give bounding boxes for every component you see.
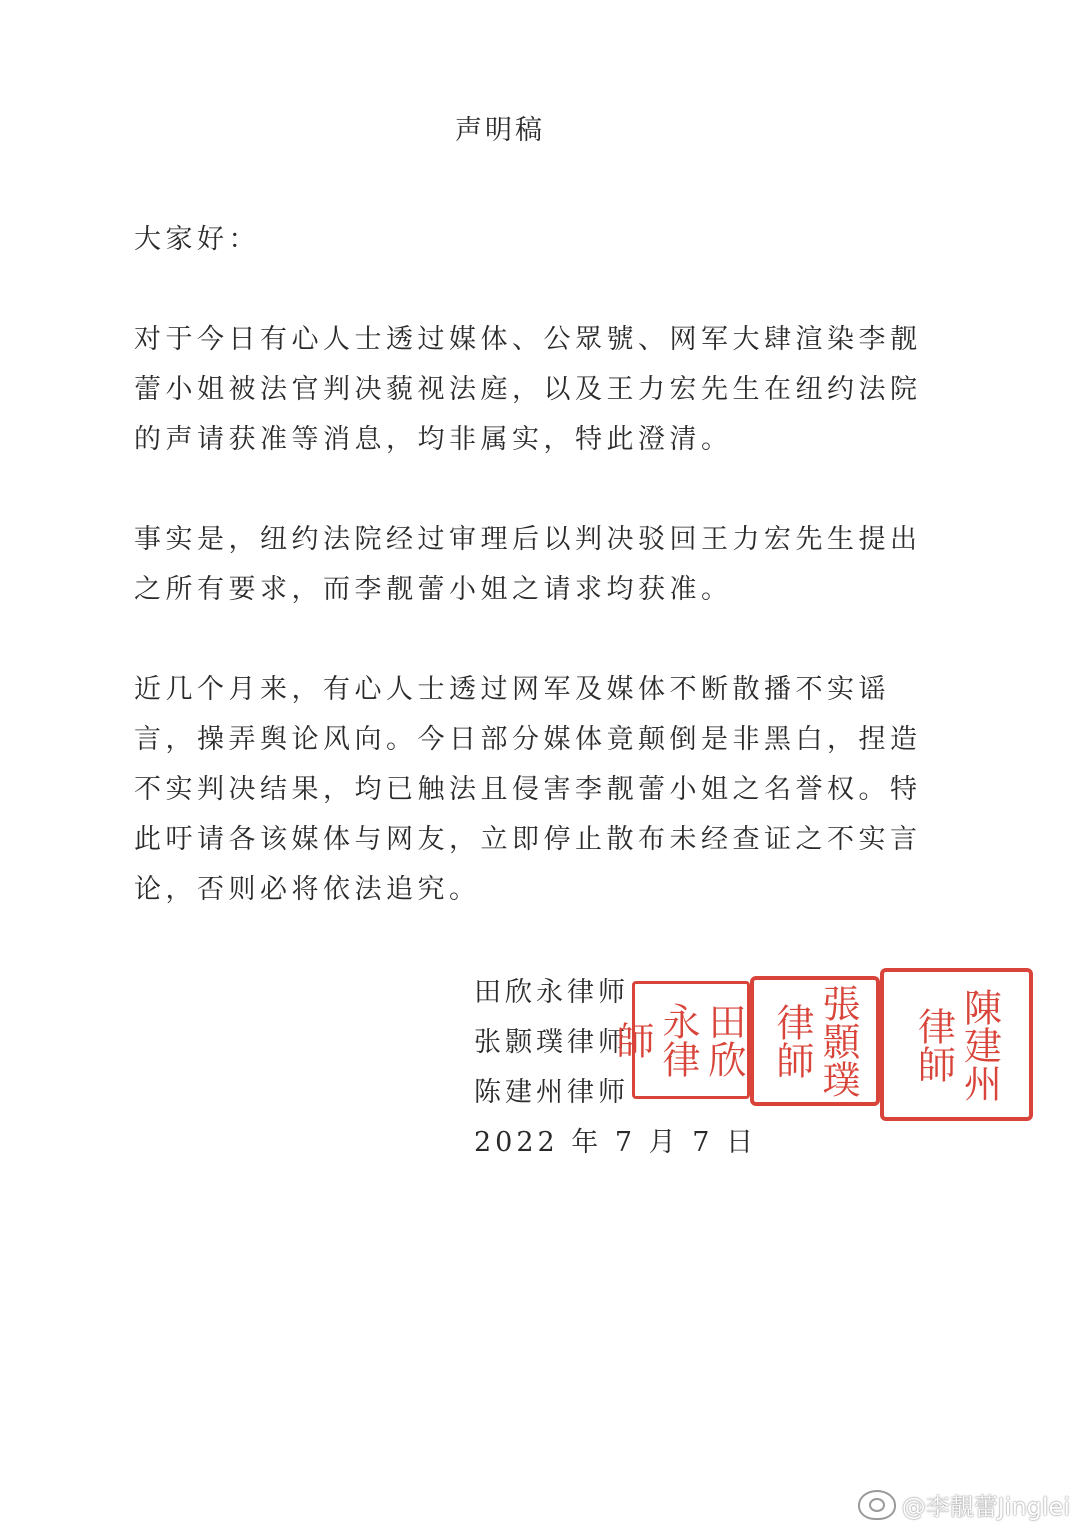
watermark-text: @李靚蕾Jinglei — [902, 1487, 1070, 1522]
paragraph-warning: 近几个月来，有心人士透过网军及媒体不断散播不实谣言，操弄舆论风向。今日部分媒体竟… — [134, 665, 934, 915]
paragraph-facts: 事实是，纽约法院经过审理后以判决驳回王力宏先生提出之所有要求，而李靓蕾小姐之请求… — [134, 515, 934, 615]
document-title: 声明稿 — [0, 108, 1000, 147]
seal-zhang-icon: 張顥璞律師 — [750, 976, 880, 1106]
seal-tian-icon: 田欣永律師 — [632, 981, 750, 1099]
document-date: 2022 年 7 月 7 日 — [474, 1118, 757, 1168]
weibo-icon — [858, 1490, 896, 1520]
seal-text: 陳建州律師 — [911, 972, 1003, 1117]
seal-text: 張顥璞律師 — [769, 980, 861, 1102]
greeting: 大家好： — [134, 215, 934, 265]
seal-chen-icon: 陳建州律師 — [880, 968, 1033, 1121]
seal-text: 田欣永律師 — [609, 984, 747, 1096]
paragraph-clarification: 对于今日有心人士透过媒体、公眾號、网军大肆渲染李靓蕾小姐被法官判决藐视法庭，以及… — [134, 315, 934, 465]
weibo-watermark: @李靚蕾Jinglei — [858, 1487, 1070, 1522]
